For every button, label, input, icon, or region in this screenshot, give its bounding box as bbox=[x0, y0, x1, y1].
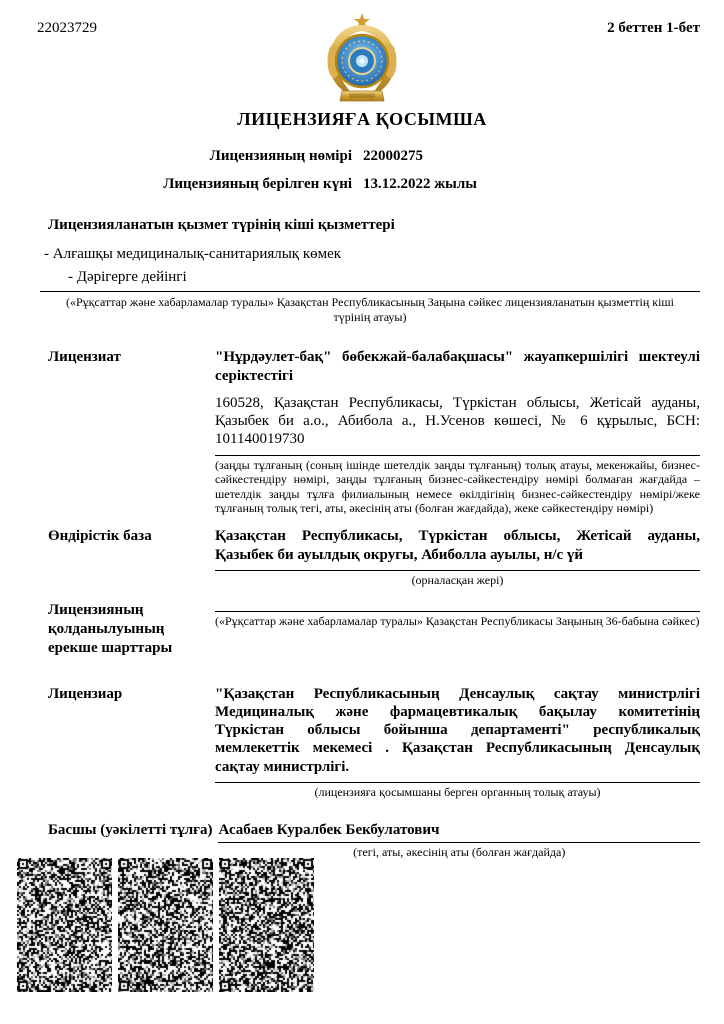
doc-number: 22023729 bbox=[37, 20, 97, 37]
barcode-strip bbox=[17, 858, 314, 992]
special-conditions-row: Лицензияның қолданылуының ерекше шарттар… bbox=[40, 601, 700, 657]
kazakhstan-emblem-icon bbox=[323, 12, 401, 106]
head-official-signature-line bbox=[218, 842, 700, 843]
barcode bbox=[118, 858, 213, 992]
production-base-value: Қазақстан Республикасы, Түркістан облысы… bbox=[215, 527, 700, 564]
licensee-signature-line bbox=[215, 455, 700, 456]
licensor-label: Лицензиар bbox=[40, 685, 215, 704]
service-item-pre-doctor: - Дәрігерге дейінгі bbox=[68, 269, 700, 286]
license-date-label: Лицензияның берілген күні bbox=[0, 176, 352, 193]
license-number-label: Лицензияның нөмірі bbox=[0, 148, 352, 165]
services-heading: Лицензияланатын қызмет түрінің кіші қызм… bbox=[48, 217, 700, 234]
license-supplement-page: 22023729 bbox=[0, 0, 724, 1024]
licensee-address: 160528, Қазақстан Республикасы, Түркіста… bbox=[215, 394, 700, 449]
special-conditions-label: Лицензияның қолданылуының ерекше шарттар… bbox=[40, 601, 215, 657]
barcode bbox=[17, 858, 112, 992]
special-conditions-footnote: («Рұқсаттар және хабарламалар туралы» Қа… bbox=[215, 614, 700, 628]
head-official-label: Басшы (уәкілетті тұлға) bbox=[40, 821, 218, 840]
production-base-label: Өндірістік база bbox=[40, 527, 215, 546]
document-title: ЛИЦЕНЗИЯҒА ҚОСЫМША bbox=[0, 109, 724, 130]
license-number-value: 22000275 bbox=[352, 148, 423, 165]
page-header: 22023729 bbox=[0, 0, 724, 37]
production-base-footnote: (орналасқан жері) bbox=[215, 573, 700, 587]
production-base-row: Өндірістік база Қазақстан Республикасы, … bbox=[40, 527, 700, 587]
licensee-name: "Нұрдәулет-бақ" бөбекжай-балабақшасы" жа… bbox=[215, 348, 700, 385]
page-indicator: 2 беттен 1-бет bbox=[607, 20, 700, 37]
licensor-value: "Қазақстан Республикасының Денсаулық сақ… bbox=[215, 685, 700, 776]
document-body: Лицензияланатын қызмет түрінің кіші қызм… bbox=[40, 217, 700, 859]
license-number-row: Лицензияның нөмірі 22000275 bbox=[0, 148, 724, 165]
license-date-value: 13.12.2022 жылы bbox=[352, 176, 477, 193]
licensee-footnote: (заңды тұлғаның (соның ішінде шетелдік з… bbox=[215, 458, 700, 516]
head-official-row: Басшы (уәкілетті тұлға) Асабаев Куралбек… bbox=[40, 821, 700, 859]
services-divider bbox=[40, 291, 700, 292]
licensor-signature-line bbox=[215, 782, 700, 783]
licensee-label: Лицензиат bbox=[40, 348, 215, 367]
head-official-footnote: (тегі, аты, әкесінің аты (болған жағдайд… bbox=[218, 845, 700, 859]
licensee-row: Лицензиат "Нұрдәулет-бақ" бөбекжай-балаб… bbox=[40, 348, 700, 515]
service-item-primary-care: - Алғашқы медициналық-санитариялық көмек bbox=[44, 246, 700, 263]
barcode bbox=[219, 858, 314, 992]
special-conditions-line bbox=[215, 611, 700, 612]
licensor-row: Лицензиар "Қазақстан Республикасының Ден… bbox=[40, 685, 700, 800]
production-base-signature-line bbox=[215, 570, 700, 571]
head-official-name: Асабаев Куралбек Бекбулатович bbox=[218, 821, 700, 839]
licensor-footnote: (лицензияға қосымшаны берген органның то… bbox=[215, 785, 700, 799]
license-date-row: Лицензияның берілген күні 13.12.2022 жыл… bbox=[0, 176, 724, 193]
services-footnote: («Рұқсаттар және хабарламалар туралы» Қа… bbox=[58, 295, 682, 324]
